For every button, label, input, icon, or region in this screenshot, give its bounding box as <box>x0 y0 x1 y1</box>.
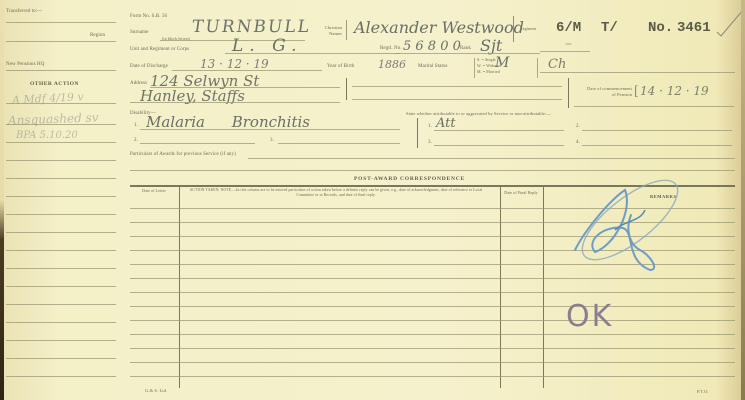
year-of-birth-value: 1886 <box>378 58 406 71</box>
address-label: Address <box>130 81 147 86</box>
other-action-entry-2: Ansquashed sv <box>8 110 99 127</box>
discharge-underline <box>172 70 322 71</box>
attrib-bracket <box>417 118 418 148</box>
disability-3-number: 3. <box>270 138 274 143</box>
other-action-label: OTHER ACTION <box>30 81 79 87</box>
attrib-3-number: 3. <box>428 140 432 145</box>
table-row-line <box>130 376 735 377</box>
reference-no-label: No. <box>648 20 673 36</box>
other-action-entry-3: BPA 5.10.20 <box>16 130 78 141</box>
divider <box>6 376 116 377</box>
attrib-4-underline <box>582 145 732 146</box>
marital-bracket-close <box>537 58 538 78</box>
other-action-entry-1: A Mdf 4/19 v <box>12 90 84 107</box>
particulars-label: Particulars of Awards for previous Servi… <box>130 152 236 157</box>
marital-mark: M <box>495 55 509 71</box>
table-row-line <box>130 306 735 307</box>
date-commencement-value: 14 · 12 · 19 <box>640 84 709 98</box>
column-divider-2 <box>500 186 501 388</box>
date-of-discharge-label: Date of Discharge <box>130 64 168 69</box>
disability-2-number: 2. <box>134 138 138 143</box>
marital-bracket <box>474 58 475 78</box>
divider <box>6 160 116 161</box>
surname-label: Surname <box>130 30 148 35</box>
divider <box>6 250 116 251</box>
attrib-2-number: 2. <box>576 124 580 129</box>
new-pensions-hq-label: New Pensions HQ <box>6 62 44 67</box>
attrib-1-number: 1. <box>428 124 432 129</box>
bracket: [ <box>634 84 639 100</box>
disability-3-underline <box>278 143 400 144</box>
transferred-to-label: Transferred to:— <box>6 9 42 14</box>
divider <box>6 142 116 143</box>
regtl-no-label: Regtl. No. <box>380 46 402 51</box>
divider <box>6 214 116 215</box>
correspondence-title: POST-AWARD CORRESPONDENCE <box>354 176 465 182</box>
divider <box>6 286 116 287</box>
divider <box>6 178 116 179</box>
disability-2-underline <box>140 143 255 144</box>
commencement-divider <box>568 78 569 108</box>
ok-mark: OK <box>566 299 613 334</box>
year-of-birth-label: Year of Birth <box>327 64 354 69</box>
christian-names-label: Christian Names <box>316 25 342 37</box>
regtl-no-value: 5 6 8 0 0 <box>403 39 461 54</box>
bracket-left <box>346 20 347 40</box>
christian-names-value: Alexander Westwood <box>354 18 524 37</box>
divider <box>6 340 116 341</box>
table-row-line <box>130 334 735 335</box>
attrib-3-underline <box>434 145 564 146</box>
middle-underline-2 <box>352 99 562 100</box>
divider <box>6 196 116 197</box>
date-of-discharge-value: 13 · 12 · 19 <box>200 57 269 71</box>
divider <box>6 41 116 42</box>
particulars-underline <box>248 158 735 159</box>
column-divider-3 <box>543 186 544 388</box>
regtl-underline <box>395 53 540 54</box>
bracket-right <box>513 16 514 42</box>
date-commencement-label: Date of commencement of Pension <box>574 86 632 98</box>
table-row-line <box>130 348 735 349</box>
signature-initials-icon: AR <box>555 170 695 280</box>
commencement-underline <box>574 106 734 107</box>
reference-series-1: 6/M <box>556 20 581 36</box>
attrib-2-underline <box>582 130 732 131</box>
middle-underline-1 <box>352 86 562 87</box>
reference-series-2: T/ <box>601 20 618 36</box>
children-value: Ch <box>548 57 566 72</box>
marital-status-label: Marital Status <box>418 64 448 69</box>
disability-1-number: 1. <box>134 123 138 128</box>
divider <box>6 304 116 305</box>
divider <box>6 232 116 233</box>
state-whether-label: State whether attributable to or aggrava… <box>406 111 551 116</box>
check-mark-icon <box>715 8 745 38</box>
table-row-line <box>130 292 735 293</box>
unit-label: Unit and Regiment or Corps <box>130 47 189 52</box>
divider <box>6 358 116 359</box>
region-label: Region <box>90 33 105 38</box>
date-of-final-reply-header: Date of Final Reply <box>502 190 540 195</box>
divider <box>6 268 116 269</box>
action-taken-header: ACTION TAKEN. NOTE.—In this column are t… <box>186 188 486 198</box>
attrib-1-value: Att <box>436 116 456 131</box>
table-row-line <box>130 320 735 321</box>
unit-underline <box>225 53 400 54</box>
surname-value: TURNBULL <box>191 17 313 37</box>
pto-label: P.T.O. <box>697 389 709 394</box>
children-underline <box>540 72 735 73</box>
divider <box>6 22 116 23</box>
pension-record-card: Transferred to:— Region New Pensions HQ … <box>0 0 745 400</box>
regiment-label-small: Regiment <box>520 26 536 31</box>
divider <box>6 103 116 104</box>
attrib-4-number: 4. <box>576 140 580 145</box>
divider <box>6 70 116 71</box>
reference-number: 3461 <box>677 20 711 36</box>
marital-stroke-mark: – <box>565 36 572 52</box>
divider <box>6 322 116 323</box>
form-number-label: Form No. S.B. 56 <box>130 14 167 19</box>
address-underline-2 <box>130 102 340 103</box>
rank-label: Rank <box>460 46 471 51</box>
attrib-1-underline <box>434 130 564 131</box>
table-row-line <box>130 362 735 363</box>
divider <box>6 124 116 125</box>
disability-1-underline <box>140 129 400 130</box>
address-divider <box>346 78 347 100</box>
column-divider-1 <box>179 186 180 388</box>
printer-mark: G.& S. Ltd. <box>145 388 167 393</box>
date-of-letter-header: Date of Letter <box>133 188 175 193</box>
